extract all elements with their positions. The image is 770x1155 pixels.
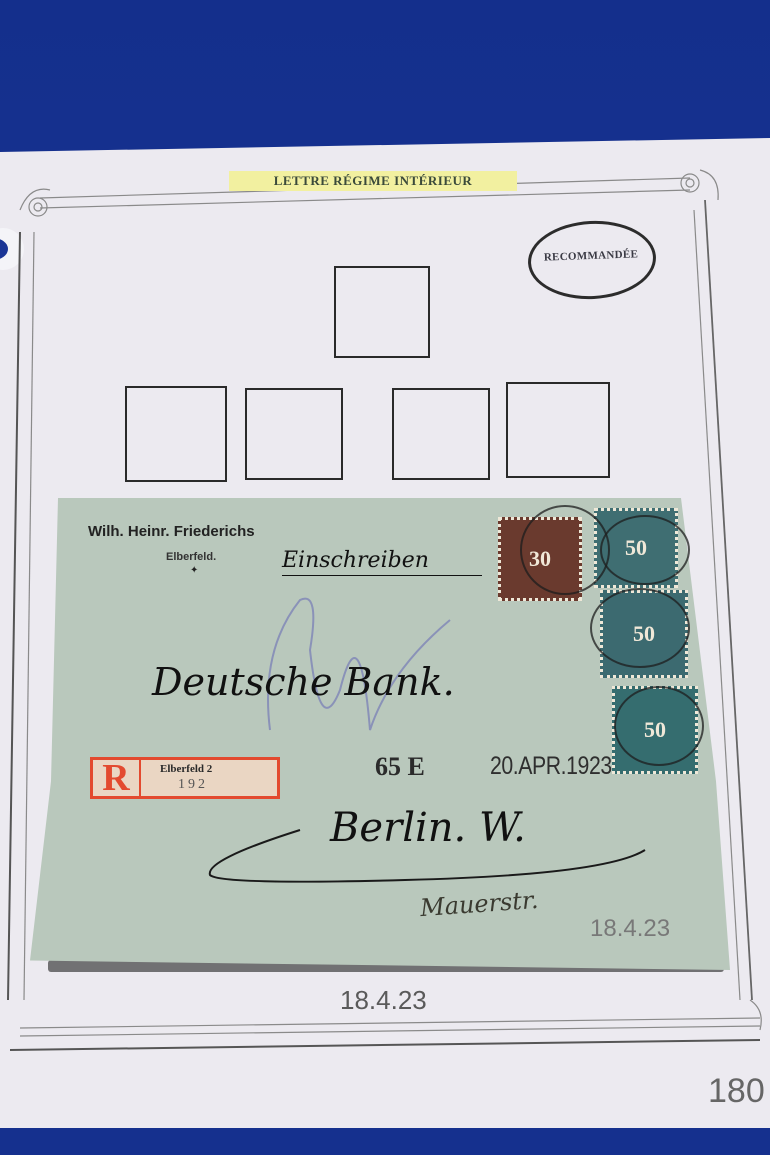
handwritten-registered-note: Einschreiben bbox=[282, 548, 429, 573]
registration-letter: R bbox=[93, 760, 141, 796]
sender-name: Wilh. Heinr. Friederichs bbox=[88, 523, 255, 540]
stamp-placeholder-box bbox=[392, 388, 490, 480]
sender-city: Elberfeld. bbox=[166, 551, 216, 563]
flourish bbox=[205, 820, 655, 890]
sender-ornament: ✦ bbox=[190, 565, 198, 576]
postmark-cancel bbox=[614, 686, 704, 766]
page-number: 180 bbox=[708, 1072, 765, 1111]
stamp-placeholder-box bbox=[245, 388, 343, 480]
postmark-cancel bbox=[520, 505, 610, 595]
caption-date: 18.4.23 bbox=[340, 985, 427, 1016]
stamp-placeholder-box bbox=[125, 386, 227, 482]
underline bbox=[282, 575, 482, 576]
postmark-cancel bbox=[600, 515, 690, 585]
page-header-label: LETTRE RÉGIME INTÉRIEUR bbox=[229, 171, 517, 191]
stamp-placeholder-box bbox=[506, 382, 610, 478]
registration-number: 192 bbox=[178, 777, 208, 793]
addressee-line1: Deutsche Bank. bbox=[152, 660, 455, 704]
registration-office: Elberfeld 2 bbox=[160, 763, 212, 775]
arrival-stamp-date: 20.APR.1923 bbox=[490, 752, 612, 781]
arrival-stamp-code: 65 E bbox=[375, 752, 425, 782]
postmark-cancel bbox=[590, 588, 690, 668]
pencil-date-on-envelope: 18.4.23 bbox=[590, 915, 670, 943]
stamp-placeholder-box bbox=[334, 266, 430, 358]
